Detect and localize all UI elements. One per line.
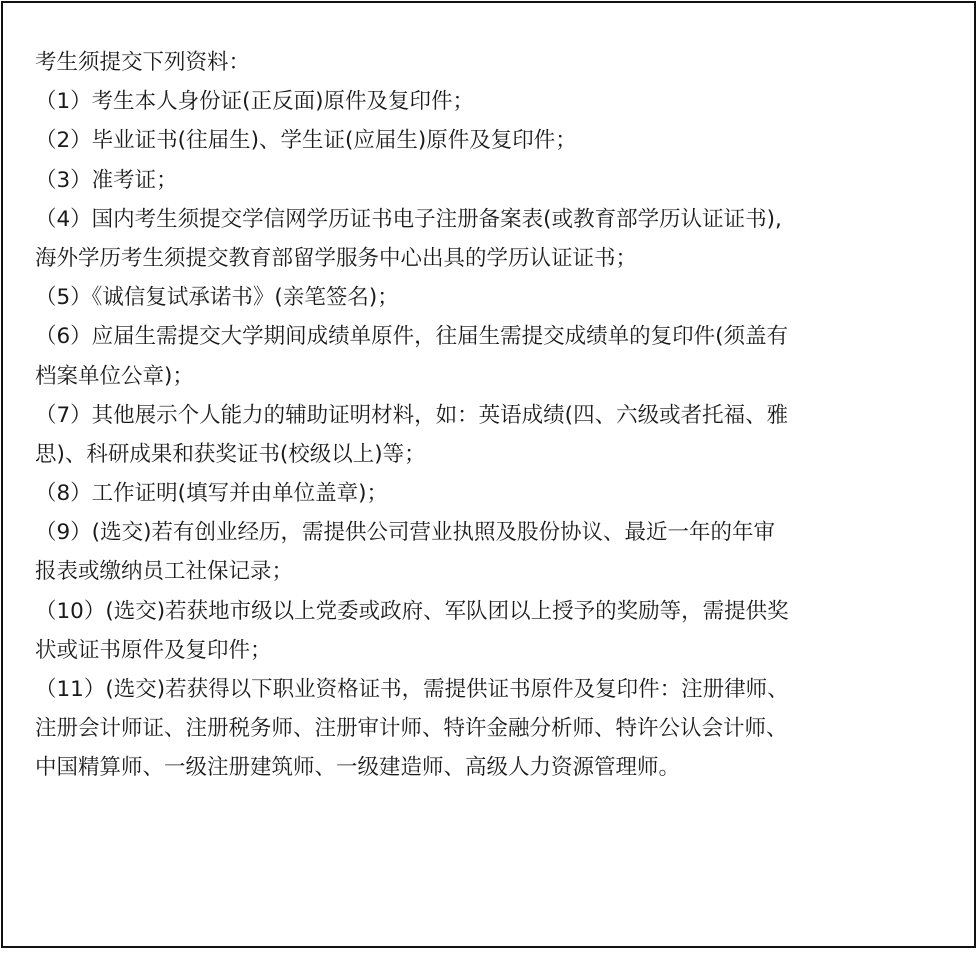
item-7-line-1: （7）其他展示个人能力的辅助证明材料，如：英语成绩(四、六级或者托福、雅 xyxy=(35,396,955,435)
item-8: （8）工作证明(填写并由单位盖章)； xyxy=(35,474,955,513)
item-11-line-3: 中国精算师、一级注册建筑师、一级建造师、高级人力资源管理师。 xyxy=(35,748,955,787)
item-11-line-2: 注册会计师证、注册税务师、注册审计师、特许金融分析师、特许公认会计师、 xyxy=(35,709,955,748)
document-frame: 考生须提交下列资料： （1）考生本人身份证(正反面)原件及复印件； （2）毕业证… xyxy=(1,1,976,948)
item-4-line-1: （4）国内考生须提交学信网学历证书电子注册备案表(或教育部学历认证证书), xyxy=(35,200,955,239)
requirements-text: 考生须提交下列资料： （1）考生本人身份证(正反面)原件及复印件； （2）毕业证… xyxy=(35,43,955,788)
item-11-line-1: （11）(选交)若获得以下职业资格证书，需提供证书原件及复印件：注册律师、 xyxy=(35,670,955,709)
item-10-line-1: （10）(选交)若获地市级以上党委或政府、军队团以上授予的奖励等，需提供奖 xyxy=(35,592,955,631)
item-9-line-2: 报表或缴纳员工社保记录； xyxy=(35,552,955,591)
item-2: （2）毕业证书(往届生)、学生证(应届生)原件及复印件； xyxy=(35,121,955,160)
item-1: （1）考生本人身份证(正反面)原件及复印件； xyxy=(35,82,955,121)
item-4-line-2: 海外学历考生须提交教育部留学服务中心出具的学历认证证书； xyxy=(35,239,955,278)
item-10-line-2: 状或证书原件及复印件； xyxy=(35,631,955,670)
item-6-line-2: 档案单位公章)； xyxy=(35,357,955,396)
item-6-line-1: （6）应届生需提交大学期间成绩单原件，往届生需提交成绩单的复印件(须盖有 xyxy=(35,317,955,356)
item-3: （3）准考证； xyxy=(35,161,955,200)
item-9-line-1: （9）(选交)若有创业经历，需提供公司营业执照及股份协议、最近一年的年审 xyxy=(35,513,955,552)
item-5: （5）《诚信复试承诺书》(亲笔签名)； xyxy=(35,278,955,317)
document-heading: 考生须提交下列资料： xyxy=(35,43,955,82)
item-7-line-2: 思)、科研成果和获奖证书(校级以上)等； xyxy=(35,435,955,474)
